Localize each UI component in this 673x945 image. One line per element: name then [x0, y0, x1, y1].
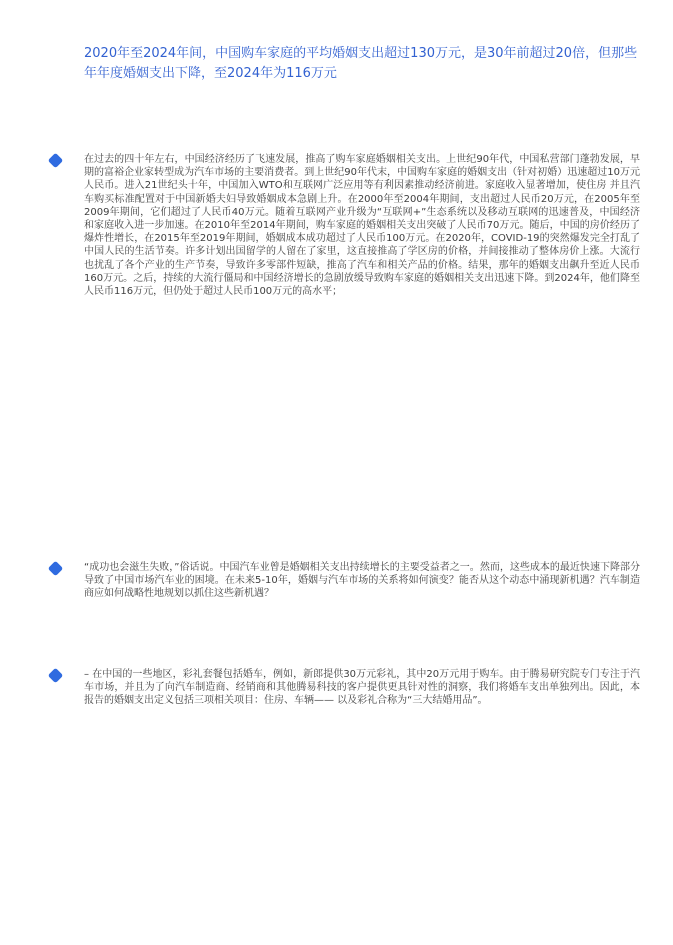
paragraph-text: 在过去的四十年左右，中国经济经历了飞速发展，推高了购车家庭婚姻相关支出。上世纪9… — [84, 153, 640, 298]
bullet-paragraph-3: – 在中国的一些地区，彩礼套餐包括婚车，例如，新郎提供30万元彩礼，其中20万元… — [48, 668, 640, 708]
document-page: 2020年至2024年间，中国购车家庭的平均婚姻支出超过130万元，是30年前超… — [0, 0, 673, 945]
bullet-icon-cell — [48, 561, 84, 574]
diamond-bullet-icon — [48, 561, 64, 577]
paragraph-text: “成功也会滋生失败，”俗话说。中国汽车业曾是婚姻相关支出持续增长的主要受益者之一… — [84, 561, 640, 601]
page-title: 2020年至2024年间，中国购车家庭的平均婚姻支出超过130万元，是30年前超… — [84, 44, 644, 84]
diamond-bullet-icon — [48, 668, 64, 684]
diamond-bullet-icon — [48, 153, 64, 169]
bullet-icon-cell — [48, 153, 84, 166]
bullet-paragraph-1: 在过去的四十年左右，中国经济经历了飞速发展，推高了购车家庭婚姻相关支出。上世纪9… — [48, 153, 640, 298]
bullet-icon-cell — [48, 668, 84, 681]
paragraph-text: – 在中国的一些地区，彩礼套餐包括婚车，例如，新郎提供30万元彩礼，其中20万元… — [84, 668, 640, 708]
bullet-paragraph-2: “成功也会滋生失败，”俗话说。中国汽车业曾是婚姻相关支出持续增长的主要受益者之一… — [48, 561, 640, 601]
